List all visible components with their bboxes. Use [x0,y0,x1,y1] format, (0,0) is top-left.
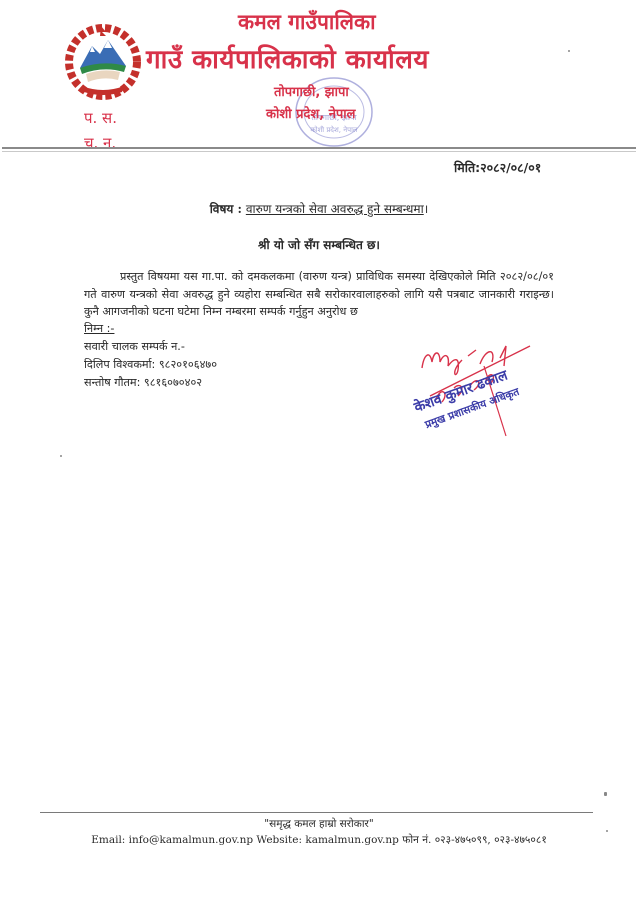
contact-item: सन्तोष गौतम: ९८१६०७०४०२ [84,374,217,392]
letter-date: मिति:२०८२/०८/०१ [454,159,541,176]
footer-slogan: "समृद्ध कमल हाम्रो सरोकार" [0,817,638,831]
svg-text:कोशी प्रदेश, नेपाल: कोशी प्रदेश, नेपाल [310,125,358,134]
header-divider-secondary [2,151,636,152]
scan-speck [60,455,62,457]
footer-divider [40,812,593,813]
scan-speck [604,792,607,796]
subject-label: विषय : [210,202,242,216]
scan-speck [568,50,570,52]
contact-item: दिलिप विश्वकर्मा: ९८२०१०६४७० [84,356,217,374]
contact-list-header: निम्न :- [84,320,217,338]
nepal-coat-of-arms-icon [64,22,142,100]
letter-body: प्रस्तुत विषयमा यस गा.पा. को दमकलकमा (वा… [84,268,554,321]
contact-phone: ९८२०१०६४७० [159,358,217,371]
address-line-1: तोपगाछी, झापा [274,82,349,100]
date-label: मिति: [454,160,480,175]
body-paragraph: प्रस्तुत विषयमा यस गा.पा. को दमकलकमा (वा… [84,268,554,321]
ref-label-ps: प. स. [84,108,117,128]
date-value: २०८२/०८/०१ [480,160,541,175]
contact-name: दिलिप विश्वकर्मा: [84,358,155,371]
contact-intro: सवारी चालक सम्पर्क न.- [84,338,217,356]
subject-line: विषय : वारुण यन्त्रको सेवा अवरुद्ध हुने … [0,200,638,217]
addressee: श्री यो जो सँग सम्बन्धित छ। [0,236,638,253]
municipality-name: कमल गाउँपालिका [238,8,376,36]
contact-phone: ९८१६०७०४०२ [144,376,202,389]
subject-end: । [424,202,429,216]
subject-text: वारुण यन्त्रको सेवा अवरुद्ध हुने सम्बन्ध… [246,202,424,216]
footer-contact: Email: info@kamalmun.gov.np Website: kam… [0,833,638,847]
address-line-2: कोशी प्रदेश, नेपाल [266,104,355,122]
ref-label-cn: च. न. [84,133,116,153]
contact-list: निम्न :- सवारी चालक सम्पर्क न.- दिलिप वि… [84,320,217,392]
header-divider [2,147,636,149]
contact-name: सन्तोष गौतम: [84,376,140,389]
